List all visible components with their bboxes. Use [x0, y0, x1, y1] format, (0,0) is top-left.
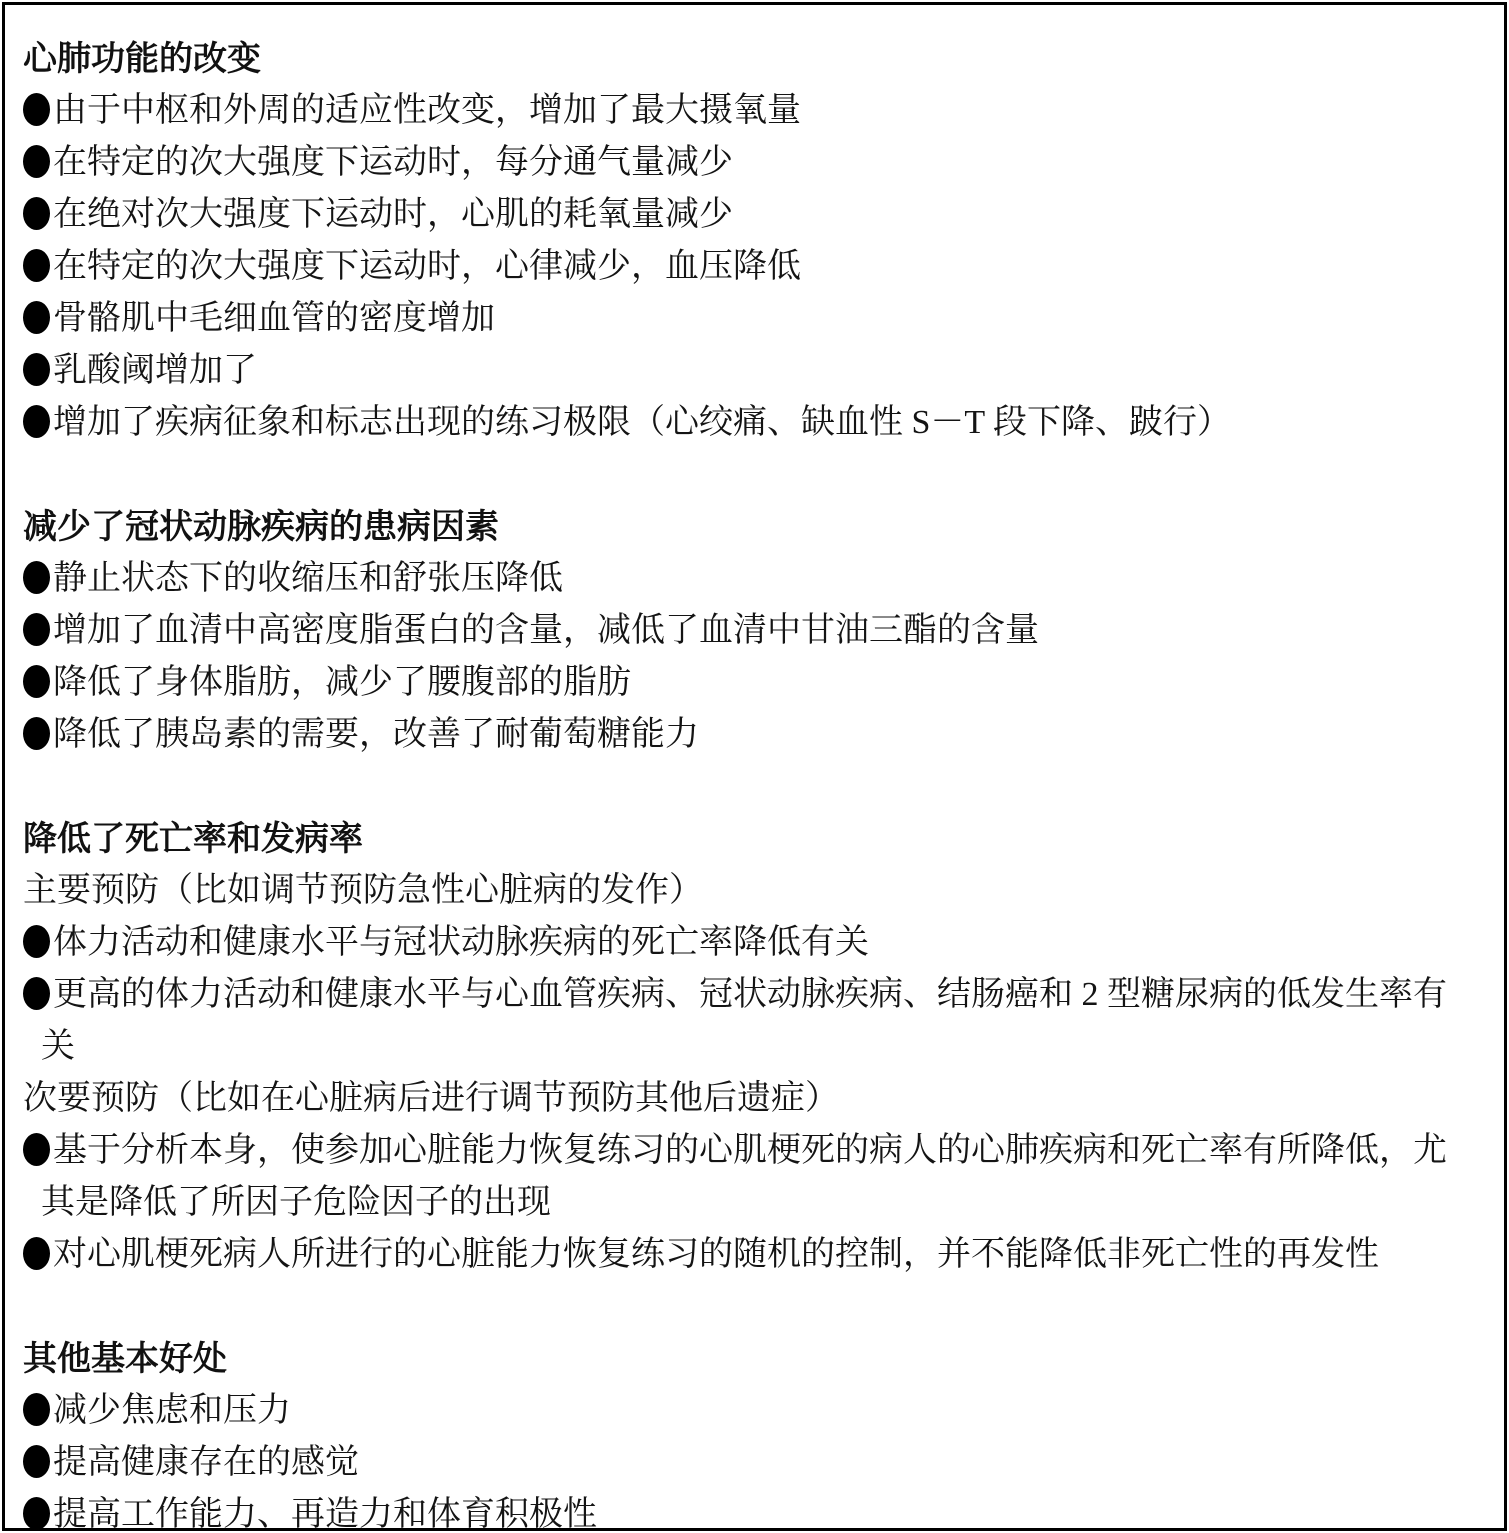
bullet-icon [23, 925, 50, 958]
section-cardiopulmonary-changes: 心肺功能的改变 由于中枢和外周的适应性改变，增加了最大摄氧量 在特定的次大强度下… [23, 33, 1474, 449]
bullet-icon [23, 145, 50, 178]
bullet-icon [23, 249, 50, 282]
section-heading: 减少了冠状动脉疾病的患病因素 [23, 501, 1474, 553]
bullet-icon [23, 613, 50, 646]
list-item-text: 对心肌梗死病人所进行的心脏能力恢复练习的随机的控制，并不能降低非死亡性的再发性 [53, 1236, 1379, 1273]
list-item: 更高的体力活动和健康水平与心血管疾病、冠状动脉疾病、结肠癌和 2 型糖尿病的低发… [23, 969, 1474, 1073]
list-item: 次要预防（比如在心脏病后进行调节预防其他后遗症） [23, 1073, 1474, 1125]
section-mortality-morbidity: 降低了死亡率和发病率 主要预防（比如调节预防急性心脏病的发作） 体力活动和健康水… [23, 813, 1474, 1281]
list-item-text: 由于中枢和外周的适应性改变，增加了最大摄氧量 [53, 92, 801, 129]
bullet-icon [23, 665, 50, 698]
list-item-text: 静止状态下的收缩压和舒张压降低 [53, 560, 563, 597]
list-item-text: 体力活动和健康水平与冠状动脉疾病的死亡率降低有关 [53, 924, 869, 961]
bullet-icon [23, 1445, 50, 1478]
bullet-icon [23, 1237, 50, 1270]
list-item-text: 乳酸阈增加了 [53, 352, 257, 389]
list-item-text: 基于分析本身，使参加心脏能力恢复练习的心肌梗死的病人的心肺疾病和死亡率有所降低，… [41, 1132, 1447, 1221]
list-item: 提高工作能力、再造力和体育积极性 [23, 1489, 1474, 1533]
bullet-icon [23, 93, 50, 126]
list-item: 减少焦虑和压力 [23, 1385, 1474, 1437]
list-item-text: 提高健康存在的感觉 [53, 1444, 359, 1481]
list-item: 骨骼肌中毛细血管的密度增加 [23, 293, 1474, 345]
list-item: 在绝对次大强度下运动时，心肌的耗氧量减少 [23, 189, 1474, 241]
list-item-text: 在特定的次大强度下运动时，每分通气量减少 [53, 144, 733, 181]
document-page: 心肺功能的改变 由于中枢和外周的适应性改变，增加了最大摄氧量 在特定的次大强度下… [0, 0, 1509, 1533]
bullet-icon [23, 1497, 50, 1530]
list-item-text: 主要预防（比如调节预防急性心脏病的发作） [23, 872, 703, 909]
list-item: 基于分析本身，使参加心脏能力恢复练习的心肌梗死的病人的心肺疾病和死亡率有所降低，… [23, 1125, 1474, 1229]
list-item: 乳酸阈增加了 [23, 345, 1474, 397]
list-item-text: 次要预防（比如在心脏病后进行调节预防其他后遗症） [23, 1080, 839, 1117]
list-item-text: 在绝对次大强度下运动时，心肌的耗氧量减少 [53, 196, 733, 233]
list-item-text: 在特定的次大强度下运动时，心律减少，血压降低 [53, 248, 801, 285]
section-heading: 其他基本好处 [23, 1333, 1474, 1385]
section-heading: 心肺功能的改变 [23, 33, 1474, 85]
benefits-table-box: 心肺功能的改变 由于中枢和外周的适应性改变，增加了最大摄氧量 在特定的次大强度下… [2, 2, 1507, 1531]
list-item: 静止状态下的收缩压和舒张压降低 [23, 553, 1474, 605]
list-item: 降低了身体脂肪，减少了腰腹部的脂肪 [23, 657, 1474, 709]
list-item-text: 提高工作能力、再造力和体育积极性 [53, 1496, 597, 1533]
section-heading: 降低了死亡率和发病率 [23, 813, 1474, 865]
bullet-icon [23, 197, 50, 230]
list-item: 对心肌梗死病人所进行的心脏能力恢复练习的随机的控制，并不能降低非死亡性的再发性 [23, 1229, 1474, 1281]
list-item: 在特定的次大强度下运动时，每分通气量减少 [23, 137, 1474, 189]
bullet-icon [23, 301, 50, 334]
bullet-icon [23, 977, 50, 1010]
list-item-text: 增加了血清中高密度脂蛋白的含量，减低了血清中甘油三酯的含量 [53, 612, 1039, 649]
bullet-icon [23, 1133, 50, 1166]
section-other-benefits: 其他基本好处 减少焦虑和压力 提高健康存在的感觉 提高工作能力、再造力和体育积极… [23, 1333, 1474, 1533]
list-item-text: 增加了疾病征象和标志出现的练习极限（心绞痛、缺血性 S－T 段下降、跛行） [53, 404, 1231, 441]
list-item: 体力活动和健康水平与冠状动脉疾病的死亡率降低有关 [23, 917, 1474, 969]
section-coronary-risk-factors: 减少了冠状动脉疾病的患病因素 静止状态下的收缩压和舒张压降低 增加了血清中高密度… [23, 501, 1474, 761]
bullet-icon [23, 1393, 50, 1426]
list-item-text: 更高的体力活动和健康水平与心血管疾病、冠状动脉疾病、结肠癌和 2 型糖尿病的低发… [41, 976, 1447, 1065]
list-item: 主要预防（比如调节预防急性心脏病的发作） [23, 865, 1474, 917]
list-item: 增加了血清中高密度脂蛋白的含量，减低了血清中甘油三酯的含量 [23, 605, 1474, 657]
bullet-icon [23, 353, 50, 386]
list-item-text: 骨骼肌中毛细血管的密度增加 [53, 300, 495, 337]
list-item-text: 降低了胰岛素的需要，改善了耐葡萄糖能力 [53, 716, 699, 753]
bullet-icon [23, 561, 50, 594]
list-item: 增加了疾病征象和标志出现的练习极限（心绞痛、缺血性 S－T 段下降、跛行） [23, 397, 1474, 449]
list-item: 在特定的次大强度下运动时，心律减少，血压降低 [23, 241, 1474, 293]
list-item-text: 降低了身体脂肪，减少了腰腹部的脂肪 [53, 664, 631, 701]
bullet-icon [23, 717, 50, 750]
list-item: 降低了胰岛素的需要，改善了耐葡萄糖能力 [23, 709, 1474, 761]
bullet-icon [23, 405, 50, 438]
list-item: 由于中枢和外周的适应性改变，增加了最大摄氧量 [23, 85, 1474, 137]
list-item: 提高健康存在的感觉 [23, 1437, 1474, 1489]
list-item-text: 减少焦虑和压力 [53, 1392, 291, 1429]
